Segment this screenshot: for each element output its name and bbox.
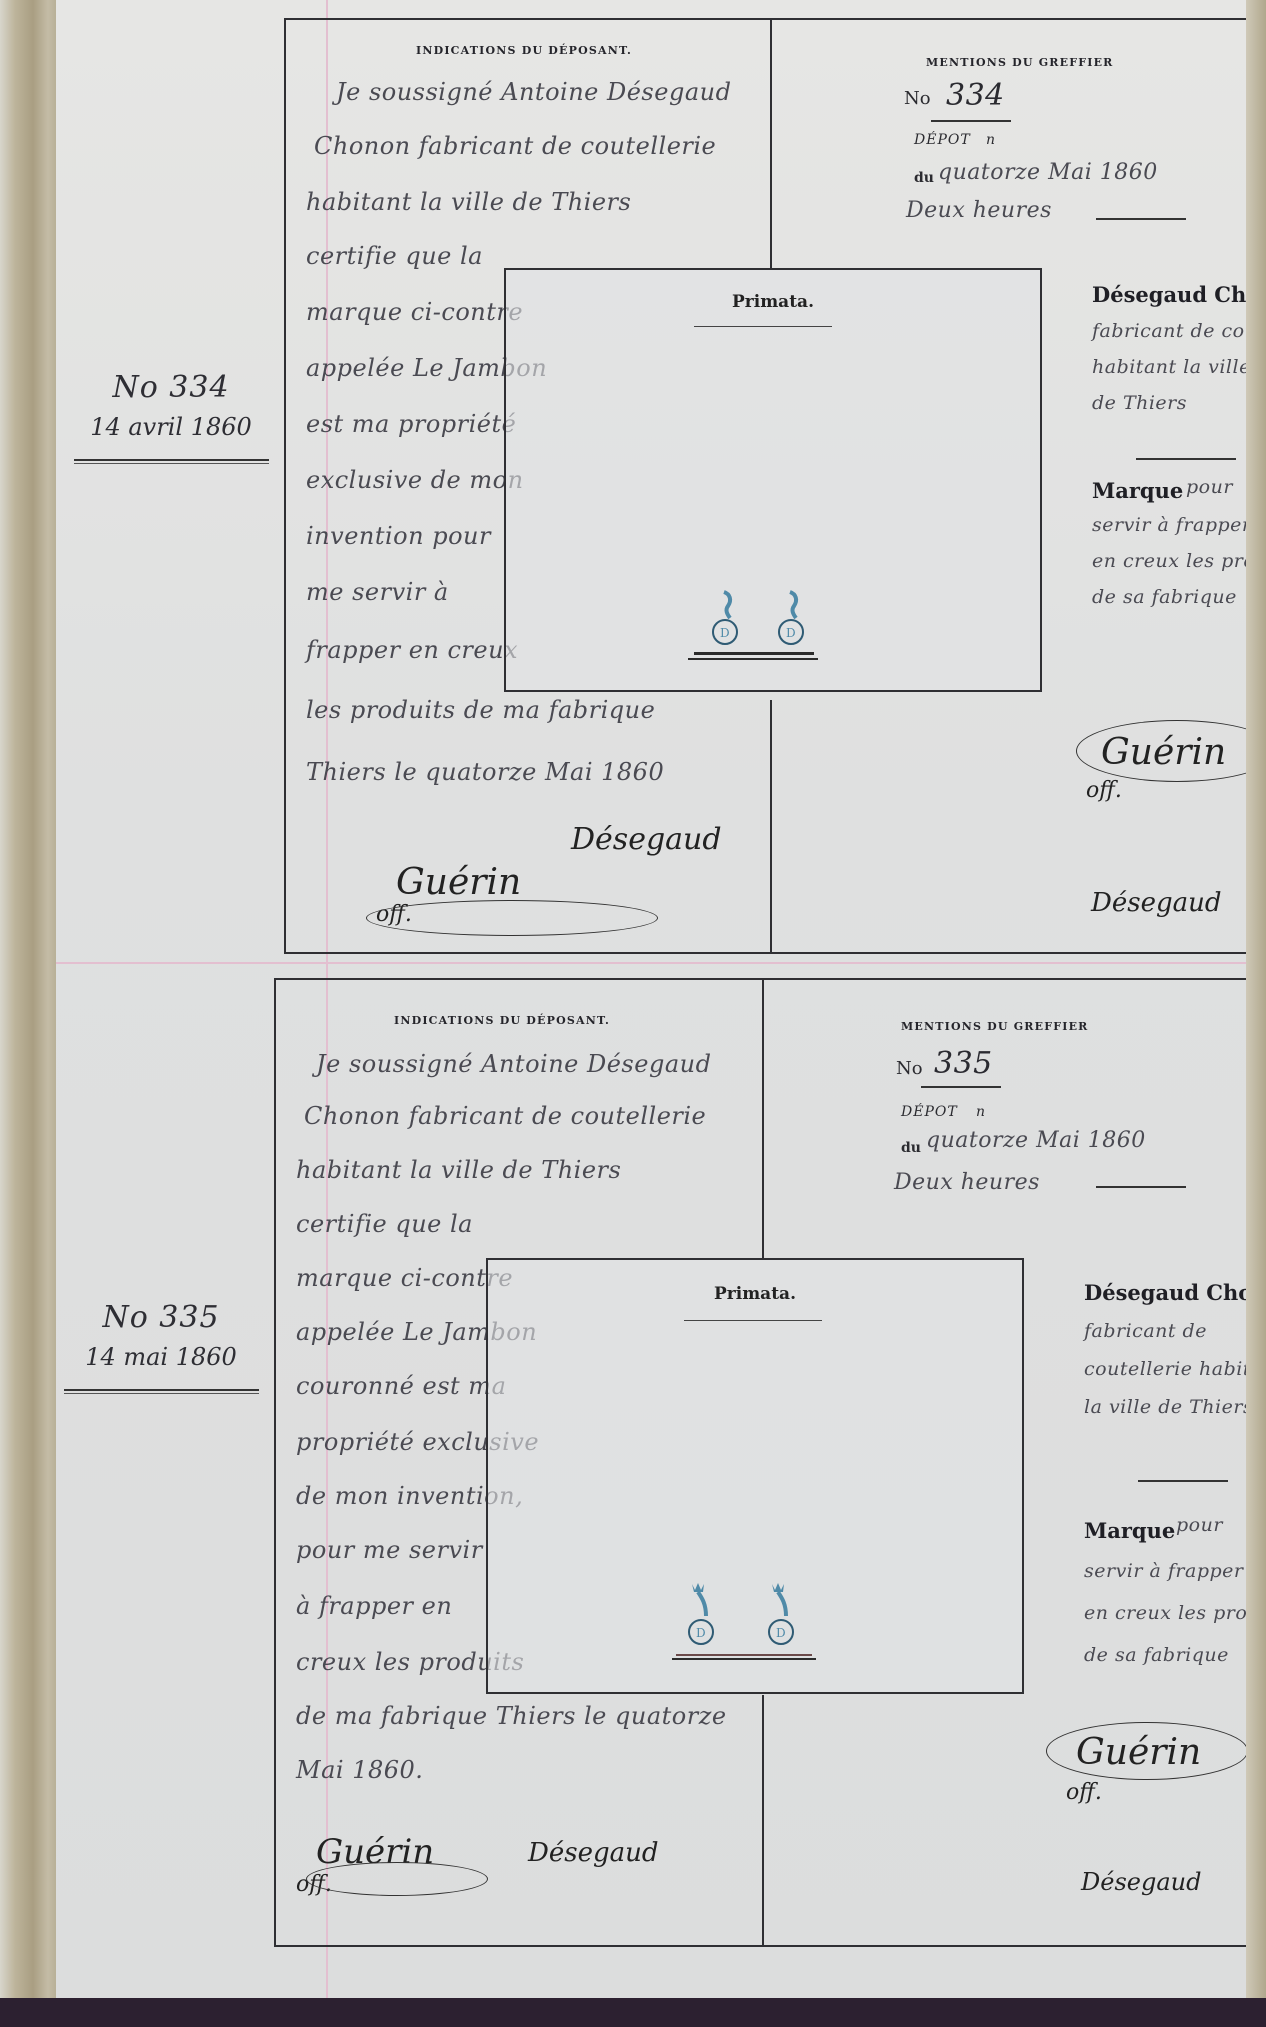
stamp-baseline	[694, 652, 814, 655]
declaration-line: certifie que la	[296, 1210, 473, 1238]
marque-label: Marque	[1084, 1518, 1175, 1543]
clerk-rule	[1136, 458, 1236, 460]
declaration-line: Chonon fabricant de coutellerie	[314, 132, 716, 160]
depositor-signature: Désegaud	[571, 822, 722, 857]
declaration-line: pour me servir	[296, 1536, 483, 1564]
title-underline	[684, 1320, 822, 1321]
page-edge	[1246, 0, 1266, 2000]
column-divider	[762, 1695, 764, 1945]
depot-mark: n	[986, 132, 996, 148]
depositor-header: INDICATIONS DU DÉPOSANT.	[416, 44, 632, 57]
declaration-line: Je soussigné Antoine Désegaud	[336, 78, 731, 106]
clerk-detail-line: la ville de Thiers	[1084, 1396, 1253, 1418]
declaration-line: certifie que la	[306, 242, 483, 270]
clerk-column-signature-suffix: off.	[1086, 778, 1122, 803]
trademark-box-334: Primata. D D	[504, 268, 1042, 692]
stamp-baseline	[688, 658, 818, 660]
depot-label: DÉPOT	[901, 1104, 958, 1120]
depositor-header: INDICATIONS DU DÉPOSANT.	[394, 1014, 610, 1027]
clerk-detail-line: fabricant de	[1084, 1320, 1207, 1342]
marque-line: pour	[1176, 1514, 1223, 1536]
crowned-trademark-stamp-icon: D	[766, 1582, 796, 1646]
book-binding	[0, 0, 60, 2027]
title-underline	[694, 326, 832, 327]
register-page: No 334 14 avril 1860 INDICATIONS DU DÉPO…	[56, 0, 1256, 2000]
trademark-stamp-icon: D	[776, 590, 806, 646]
declaration-line: couronné est ma	[296, 1372, 506, 1400]
clerk-number-label: No	[896, 1058, 923, 1079]
clerk-header: MENTIONS DU GREFFIER	[901, 1020, 1089, 1033]
declaration-line: Mai 1860.	[296, 1756, 423, 1784]
declaration-line: à frapper en	[296, 1592, 452, 1620]
declaration-line: me servir à	[306, 578, 449, 606]
deposit-date: quatorze Mai 1860	[938, 160, 1158, 185]
declaration-line: Chonon fabricant de coutellerie	[304, 1102, 706, 1130]
declaration-line: de ma fabrique Thiers le quatorze	[296, 1702, 727, 1730]
clerk-detail-line: de Thiers	[1092, 392, 1187, 414]
depositor-signature: Désegaud	[528, 1838, 659, 1868]
marque-label: Marque	[1092, 478, 1183, 503]
declaration-line: marque ci-contre	[306, 298, 523, 326]
margin-entry-number: No 334	[66, 370, 276, 405]
book-cover-edge	[0, 1998, 1266, 2027]
du-label: du	[901, 1140, 921, 1156]
signature-flourish	[366, 900, 658, 936]
deposit-date: quatorze Mai 1860	[926, 1128, 1146, 1153]
column-divider	[762, 980, 764, 1258]
svg-text:D: D	[786, 626, 796, 640]
declaration-line: marque ci-contre	[296, 1264, 513, 1292]
column-divider	[770, 20, 772, 270]
trademark-stamp-icon: D	[710, 590, 740, 646]
svg-text:D: D	[696, 1626, 706, 1640]
marque-line: servir à frapper	[1092, 514, 1251, 536]
clerk-number: 335	[934, 1046, 993, 1081]
clerk-depositor-name: Désegaud Chonon	[1092, 282, 1266, 307]
svg-text:D: D	[776, 1626, 786, 1640]
declaration-line: frapper en creux	[306, 636, 518, 664]
marque-line: en creux les produits	[1092, 550, 1266, 572]
declaration-line: les produits de ma fabrique	[306, 696, 655, 724]
clerk-detail-line: fabricant de coutellerie	[1092, 320, 1266, 342]
marque-line: de sa fabrique	[1092, 586, 1237, 608]
margin-entry-rule	[74, 459, 269, 464]
declaration-line: habitant la ville de Thiers	[296, 1156, 621, 1184]
declaration-line: exclusive de mon	[306, 466, 524, 494]
clerk-number: 334	[946, 78, 1005, 113]
stamp-baseline	[676, 1654, 812, 1656]
number-underline	[921, 1086, 1001, 1088]
depot-mark: n	[976, 1104, 986, 1120]
margin-entry-number: No 335	[56, 1300, 266, 1335]
margin-entry-rule	[64, 1389, 259, 1394]
stamp-baseline	[672, 1658, 816, 1660]
clerk-column-deponent-signature: Désegaud	[1081, 1868, 1201, 1896]
crowned-trademark-stamp-icon: D	[686, 1582, 716, 1646]
du-label: du	[914, 170, 934, 186]
depot-label: DÉPOT	[914, 132, 971, 148]
marque-line: pour	[1186, 476, 1233, 498]
signature-flourish	[1076, 720, 1266, 782]
time-rule	[1096, 1186, 1186, 1188]
svg-text:D: D	[720, 626, 730, 640]
margin-entry-date: 14 avril 1860	[66, 413, 276, 441]
clerk-header: MENTIONS DU GREFFIER	[926, 56, 1114, 69]
entry-separator-rule	[56, 962, 1256, 964]
signature-flourish	[1046, 1722, 1248, 1780]
signature-flourish	[306, 1862, 488, 1896]
column-divider	[770, 700, 772, 952]
marque-line: servir à frapper	[1084, 1560, 1243, 1582]
margin-entry-date: 14 mai 1860	[56, 1343, 266, 1371]
marque-line: en creux les produits	[1084, 1602, 1266, 1624]
clerk-number-label: No	[904, 88, 931, 109]
number-underline	[931, 120, 1011, 122]
trademark-title: Primata.	[506, 292, 1040, 312]
marque-line: de sa fabrique	[1084, 1644, 1229, 1666]
declaration-line: Thiers le quatorze Mai 1860	[306, 758, 664, 786]
trademark-box-335: Primata. D D	[486, 1258, 1024, 1694]
declaration-line: est ma propriété	[306, 410, 516, 438]
declaration-line: habitant la ville de Thiers	[306, 188, 631, 216]
clerk-signature: Guérin	[396, 862, 521, 903]
time-rule	[1096, 218, 1186, 220]
margin-entry-334: No 334 14 avril 1860	[66, 370, 276, 464]
declaration-line: invention pour	[306, 522, 491, 550]
clerk-detail-line: habitant la ville	[1092, 356, 1251, 378]
clerk-detail-line: coutellerie habitant	[1084, 1358, 1266, 1380]
clerk-rule	[1138, 1480, 1228, 1482]
trademark-title: Primata.	[488, 1284, 1022, 1304]
margin-entry-335: No 335 14 mai 1860	[56, 1300, 266, 1394]
deposit-time: Deux heures	[894, 1170, 1040, 1195]
clerk-depositor-name: Désegaud Chonon	[1084, 1280, 1266, 1305]
deposit-time: Deux heures	[906, 198, 1052, 223]
clerk-column-signature-suffix: off.	[1066, 1780, 1102, 1805]
clerk-column-deponent-signature: Désegaud	[1091, 888, 1222, 918]
declaration-line: Je soussigné Antoine Désegaud	[316, 1050, 711, 1078]
